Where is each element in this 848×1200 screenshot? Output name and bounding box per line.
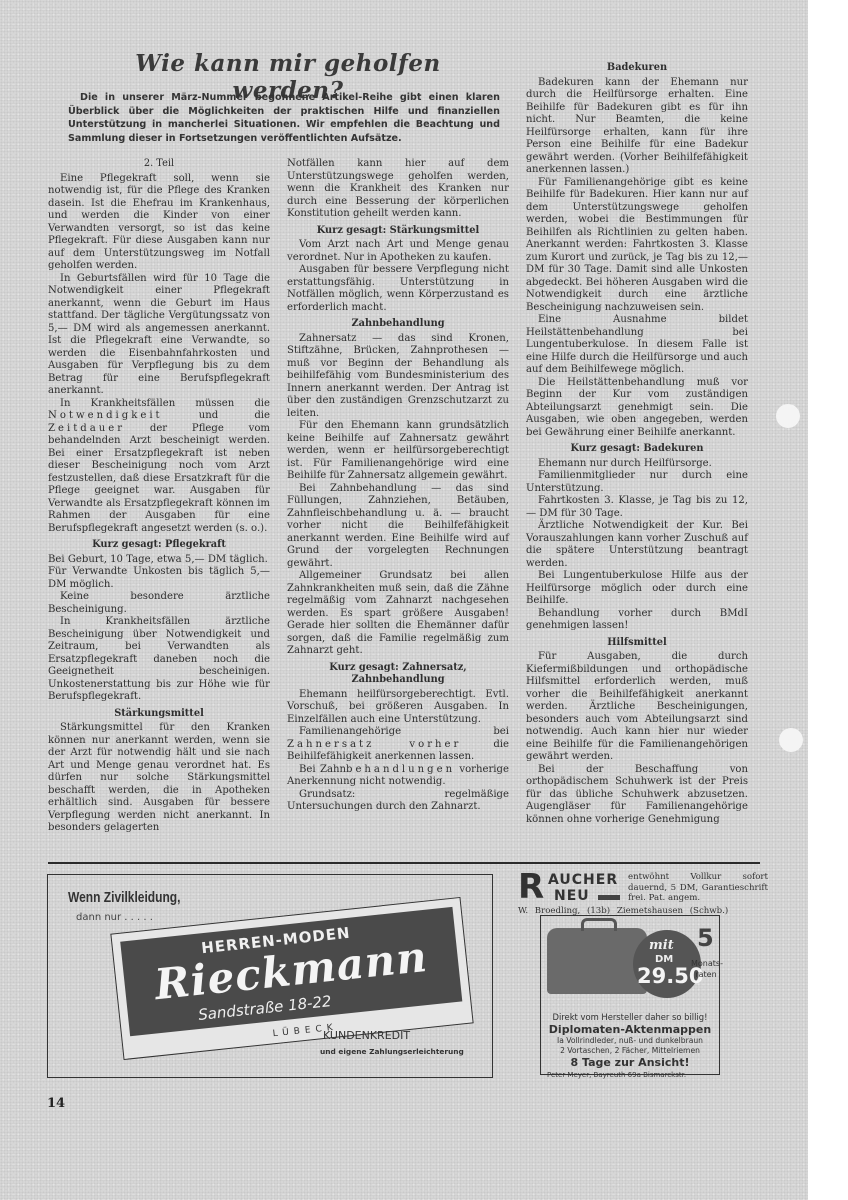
section-heading: Kurz gesagt: Stärkungsmittel xyxy=(287,225,509,238)
section-heading: Badekuren xyxy=(526,62,748,75)
punch-hole xyxy=(779,728,803,752)
ad-line: Ia Vollrindleder, nuß- und dunkelbraun xyxy=(543,1036,717,1046)
summary-line: Ehemann heilfürsorgeberechtigt. Evtl. Vo… xyxy=(287,689,509,727)
summary-line: Für Verwandte Unkosten bis täglich 5,— D… xyxy=(48,566,270,591)
briefcase-handle xyxy=(581,918,617,931)
summary-line: Bei Zahnbehandlungen vorherige Anerkennu… xyxy=(287,764,509,789)
text: In Krankheitsfällen müssen die xyxy=(60,398,270,409)
paragraph: Für den Ehemann kann grundsätzlich keine… xyxy=(287,420,509,483)
decorative-bar xyxy=(598,895,620,900)
section-heading: Kurz gesagt: Badekuren xyxy=(526,443,748,456)
ad-word-aucher: AUCHER xyxy=(548,872,618,888)
summary-line: Familienmitglieder nur durch eine Unters… xyxy=(526,470,748,495)
part-label: 2. Teil xyxy=(48,158,270,171)
section-heading: Kurz gesagt: Zahnersatz, Zahnbehandlung xyxy=(287,662,509,687)
ad-product: Diplomaten-Aktenmappen xyxy=(543,1023,717,1036)
text: und die xyxy=(199,410,270,421)
ad-banner: HERREN-MODEN Rieckmann Sandstraße 18-22 … xyxy=(110,897,473,1060)
ad-subline: dann nur . . . . . xyxy=(76,912,153,923)
banner-dark-panel: HERREN-MODEN Rieckmann Sandstraße 18-22 xyxy=(120,907,462,1036)
ad-word-neu: NEU xyxy=(554,888,590,904)
summary-line: In Krankheitsfällen ärztliche Bescheinig… xyxy=(48,616,270,704)
column-1: 2. Teil Eine Pflegekraft soll, wenn sie … xyxy=(48,158,270,835)
advertisement-aktenmappe: mit DM 29.50 5 Monats-raten Direkt vom H… xyxy=(540,915,720,1075)
paragraph: Für Familienangehörige gibt es keine Bei… xyxy=(526,177,748,315)
summary-line: Bei Geburt, 10 Tage, etwa 5,— DM täglich… xyxy=(48,554,270,567)
summary-line: Bei Lungentuberkulose Hilfe aus der Heil… xyxy=(526,570,748,608)
article-intro: Die in unserer März-Nummer begonnene Art… xyxy=(68,91,500,145)
ad-credit: KUNDENKREDIT xyxy=(323,1029,410,1042)
ad-text: entwöhnt Vollkur sofort dauernd, 5 DM, G… xyxy=(628,872,768,904)
paragraph: In Krankheitsfällen müssen die Notwendig… xyxy=(48,398,270,536)
section-heading: Kurz gesagt: Pflegekraft xyxy=(48,539,270,552)
summary-line: Fahrtkosten 3. Klasse, je Tag bis zu 12,… xyxy=(526,495,748,520)
column-2: Notfällen kann hier auf dem Unterstützun… xyxy=(287,158,509,814)
briefcase-icon xyxy=(547,928,647,994)
paragraph: Bei Zahnbehandlung — das sind Füllungen,… xyxy=(287,483,509,571)
summary-line: Behandlung vorher durch BMdI genehmigen … xyxy=(526,608,748,633)
summary-line: Vom Arzt nach Art und Menge genau verord… xyxy=(287,239,509,264)
summary-line: Keine besondere ärztliche Bescheinigung. xyxy=(48,591,270,616)
paragraph: Allgemeiner Grundsatz bei allen Zahnkran… xyxy=(287,570,509,658)
page-number: 14 xyxy=(47,1096,65,1111)
summary-line: Grundsatz: regelmäßige Untersuchungen du… xyxy=(287,789,509,814)
text: Familienangehörige bei xyxy=(299,726,509,737)
spaced-text: Zeitdauer xyxy=(48,423,125,434)
spaced-text: behandlungen xyxy=(346,764,455,775)
summary-line: Ärztliche Notwendigkeit der Kur. Bei Vor… xyxy=(526,520,748,570)
paragraph: Badekuren kann der Ehemann nur durch die… xyxy=(526,77,748,177)
column-3: Badekuren Badekuren kann der Ehemann nur… xyxy=(526,58,748,826)
summary-line: Familienangehörige bei Zahnersatz vorher… xyxy=(287,726,509,764)
installment-count: 5 xyxy=(697,924,714,952)
paragraph: Zahnersatz — das sind Kronen, Stiftzähne… xyxy=(287,333,509,421)
ad-initial: R xyxy=(518,870,544,904)
price-prefix: mit xyxy=(649,938,674,953)
ad-headline: Wenn Zivilkleidung, xyxy=(68,889,180,906)
ad-offer: 8 Tage zur Ansicht! xyxy=(543,1056,717,1070)
section-heading: Zahnbehandlung xyxy=(287,318,509,331)
paragraph: Stärkungsmittel für den Kranken können n… xyxy=(48,722,270,835)
paragraph: Notfällen kann hier auf dem Unterstützun… xyxy=(287,158,509,221)
ad-address: Peter Meyer, Bayreuth 69a Bismarckstr. xyxy=(543,1070,717,1080)
ad-credit-sub: und eigene Zahlungserleichterung xyxy=(320,1047,464,1056)
ad-line: 2 Vortaschen, 2 Fächer, Mittelriemen xyxy=(543,1046,717,1056)
spaced-text: Notwendigkeit xyxy=(48,410,163,421)
advertisement-rieckmann: Wenn Zivilkleidung, dann nur . . . . . H… xyxy=(47,874,493,1078)
ad-text-block: Direkt vom Hersteller daher so billig! D… xyxy=(543,1012,717,1080)
paragraph: In Geburtsfällen wird für 10 Tage die No… xyxy=(48,273,270,398)
divider xyxy=(48,862,760,864)
text: der Pflege vom behandelnden Arzt beschei… xyxy=(48,423,270,534)
text: Bei Zahn xyxy=(299,764,346,775)
summary-line: Ausgaben für bessere Verpflegung nicht e… xyxy=(287,264,509,314)
paragraph: Eine Ausnahme bildet Heilstättenbehandlu… xyxy=(526,314,748,377)
paragraph: Bei der Beschaffung von orthopädischem S… xyxy=(526,764,748,827)
ad-line: Direkt vom Hersteller daher so billig! xyxy=(543,1012,717,1023)
summary-line: Ehemann nur durch Heilfürsorge. xyxy=(526,458,748,471)
paragraph: Für Ausgaben, die durch Kiefermißbildung… xyxy=(526,651,748,764)
paragraph: Eine Pflegekraft soll, wenn sie notwendi… xyxy=(48,173,270,273)
spaced-text: Zahnersatz vorher xyxy=(287,739,461,750)
punch-hole xyxy=(776,404,800,428)
installment-label: Monats-raten xyxy=(691,958,721,980)
section-heading: Hilfsmittel xyxy=(526,637,748,650)
paragraph: Die Heilstättenbehandlung muß vor Beginn… xyxy=(526,377,748,440)
section-heading: Stärkungsmittel xyxy=(48,708,270,721)
